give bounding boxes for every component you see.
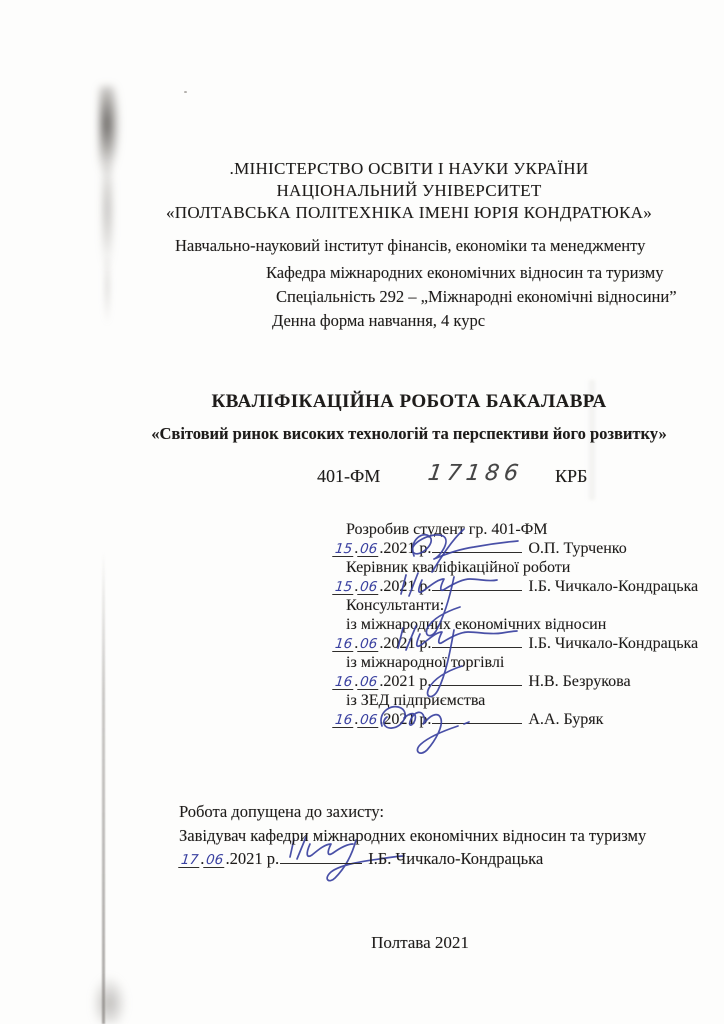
admission-line: Робота допущена до захисту: — [179, 800, 646, 824]
handwritten-month: 06 — [357, 637, 380, 652]
handwritten-day: 15 — [332, 542, 355, 557]
signature-line — [432, 710, 522, 724]
consultants-label: Консультанти: — [333, 596, 693, 615]
year-suffix: .2021 р. — [379, 711, 431, 728]
handwritten-day: 16 — [332, 713, 355, 728]
year-suffix: .2021 р. — [379, 673, 431, 690]
consultant1-label: із міжнародних економічних відносин — [333, 615, 693, 634]
admission-block: Робота допущена до захисту: Завідувач ка… — [179, 800, 646, 871]
department-line: Кафедра міжнародних економічних відносин… — [266, 261, 677, 285]
signature-line — [432, 577, 522, 591]
consultant1-name: І.Б. Чичкало-Кондрацька — [528, 635, 698, 652]
signature-line — [432, 539, 522, 553]
signature-line — [432, 634, 522, 648]
study-form-line: Денна форма навчання, 4 курс — [266, 309, 677, 333]
consultant2-label: із міжнародної торгівлі — [333, 653, 693, 672]
signature-line — [432, 672, 522, 686]
developer-name: О.П. Турченко — [528, 540, 626, 557]
handwritten-month: 06 — [357, 675, 380, 690]
department-head-title: Завідувач кафедри міжнародних економічни… — [179, 824, 646, 848]
supervisor-name: І.Б. Чичкало-Кондрацька — [528, 578, 698, 595]
specialty-line: Спеціальність 292 – „Міжнародні економіч… — [266, 285, 677, 309]
work-type-code: КРБ — [555, 466, 587, 487]
handwritten-month: 06 — [357, 713, 380, 728]
department-block: Кафедра міжнародних економічних відносин… — [266, 261, 677, 333]
signature-line — [280, 850, 362, 864]
handwritten-month: 06 — [357, 542, 380, 557]
consultant2-date-row: 16.06.2021 р.Н.В. Безрукова — [333, 672, 693, 691]
consultant3-date-row: 16.06.2021 р.А.А. Буряк — [333, 710, 693, 729]
handwritten-day: 16 — [332, 637, 355, 652]
year-suffix: .2021 р. — [379, 578, 431, 595]
handwritten-day: 16 — [332, 675, 355, 690]
work-title: КВАЛІФІКАЦІЙНА РОБОТА БАКАЛАВРА — [94, 391, 724, 413]
handwritten-day: 15 — [332, 580, 355, 595]
city-year-line: Полтава 2021 — [290, 933, 550, 953]
university-type-line: НАЦІОНАЛЬНИЙ УНІВЕРСИТЕТ — [94, 181, 724, 201]
scan-speck — [184, 91, 187, 93]
handwritten-record-number: 17186 — [426, 461, 525, 486]
ministry-line: .МІНІСТЕРСТВО ОСВІТИ І НАУКИ УКРАЇНИ — [94, 159, 724, 179]
consultant1-date-row: 16.06.2021 р.І.Б. Чичкало-Кондрацька — [333, 634, 693, 653]
handwritten-month: 06 — [357, 580, 380, 595]
consultant2-name: Н.В. Безрукова — [528, 673, 630, 690]
year-suffix: .2021 р. — [379, 635, 431, 652]
institute-line: Навчально-науковий інститут фінансів, ек… — [175, 236, 645, 256]
developer-label: Розробив студент гр. 401-ФМ — [333, 520, 693, 539]
supervisor-label: Керівник кваліфікаційної роботи — [333, 558, 693, 577]
work-subtitle: «Світовий ринок високих технологій та пе… — [94, 424, 724, 444]
page-edge-line-bottom — [102, 552, 105, 1024]
consultant3-label: із ЗЕД підприємства — [333, 691, 693, 710]
year-suffix: .2021 р. — [379, 540, 431, 557]
group-code: 401-ФМ — [317, 466, 380, 487]
signatures-block: Розробив студент гр. 401-ФМ 15.06.2021 р… — [333, 520, 693, 729]
consultant3-name: А.А. Буряк — [528, 711, 603, 728]
scanned-thesis-title-page: .МІНІСТЕРСТВО ОСВІТИ І НАУКИ УКРАЇНИ НАЦ… — [0, 0, 724, 1024]
admission-date-row: 17.06.2021 р.І.Б. Чичкало-Кондрацька — [179, 847, 646, 871]
code-row: 401-ФМ 17186 КРБ — [0, 462, 724, 494]
page-edge-shadow-fade — [104, 258, 112, 328]
department-head-name: І.Б. Чичкало-Кондрацька — [368, 849, 543, 868]
handwritten-day: 17 — [178, 853, 201, 868]
developer-date-row: 15.06.2021 р.О.П. Турченко — [333, 539, 693, 558]
year-suffix: .2021 р. — [226, 849, 280, 868]
university-name-line: «ПОЛТАВСЬКА ПОЛІТЕХНІКА ІМЕНІ ЮРІЯ КОНДР… — [94, 203, 724, 223]
handwritten-month: 06 — [204, 853, 227, 868]
page-edge-smudge-bottom — [93, 972, 129, 1024]
supervisor-date-row: 15.06.2021 р.І.Б. Чичкало-Кондрацька — [333, 577, 693, 596]
